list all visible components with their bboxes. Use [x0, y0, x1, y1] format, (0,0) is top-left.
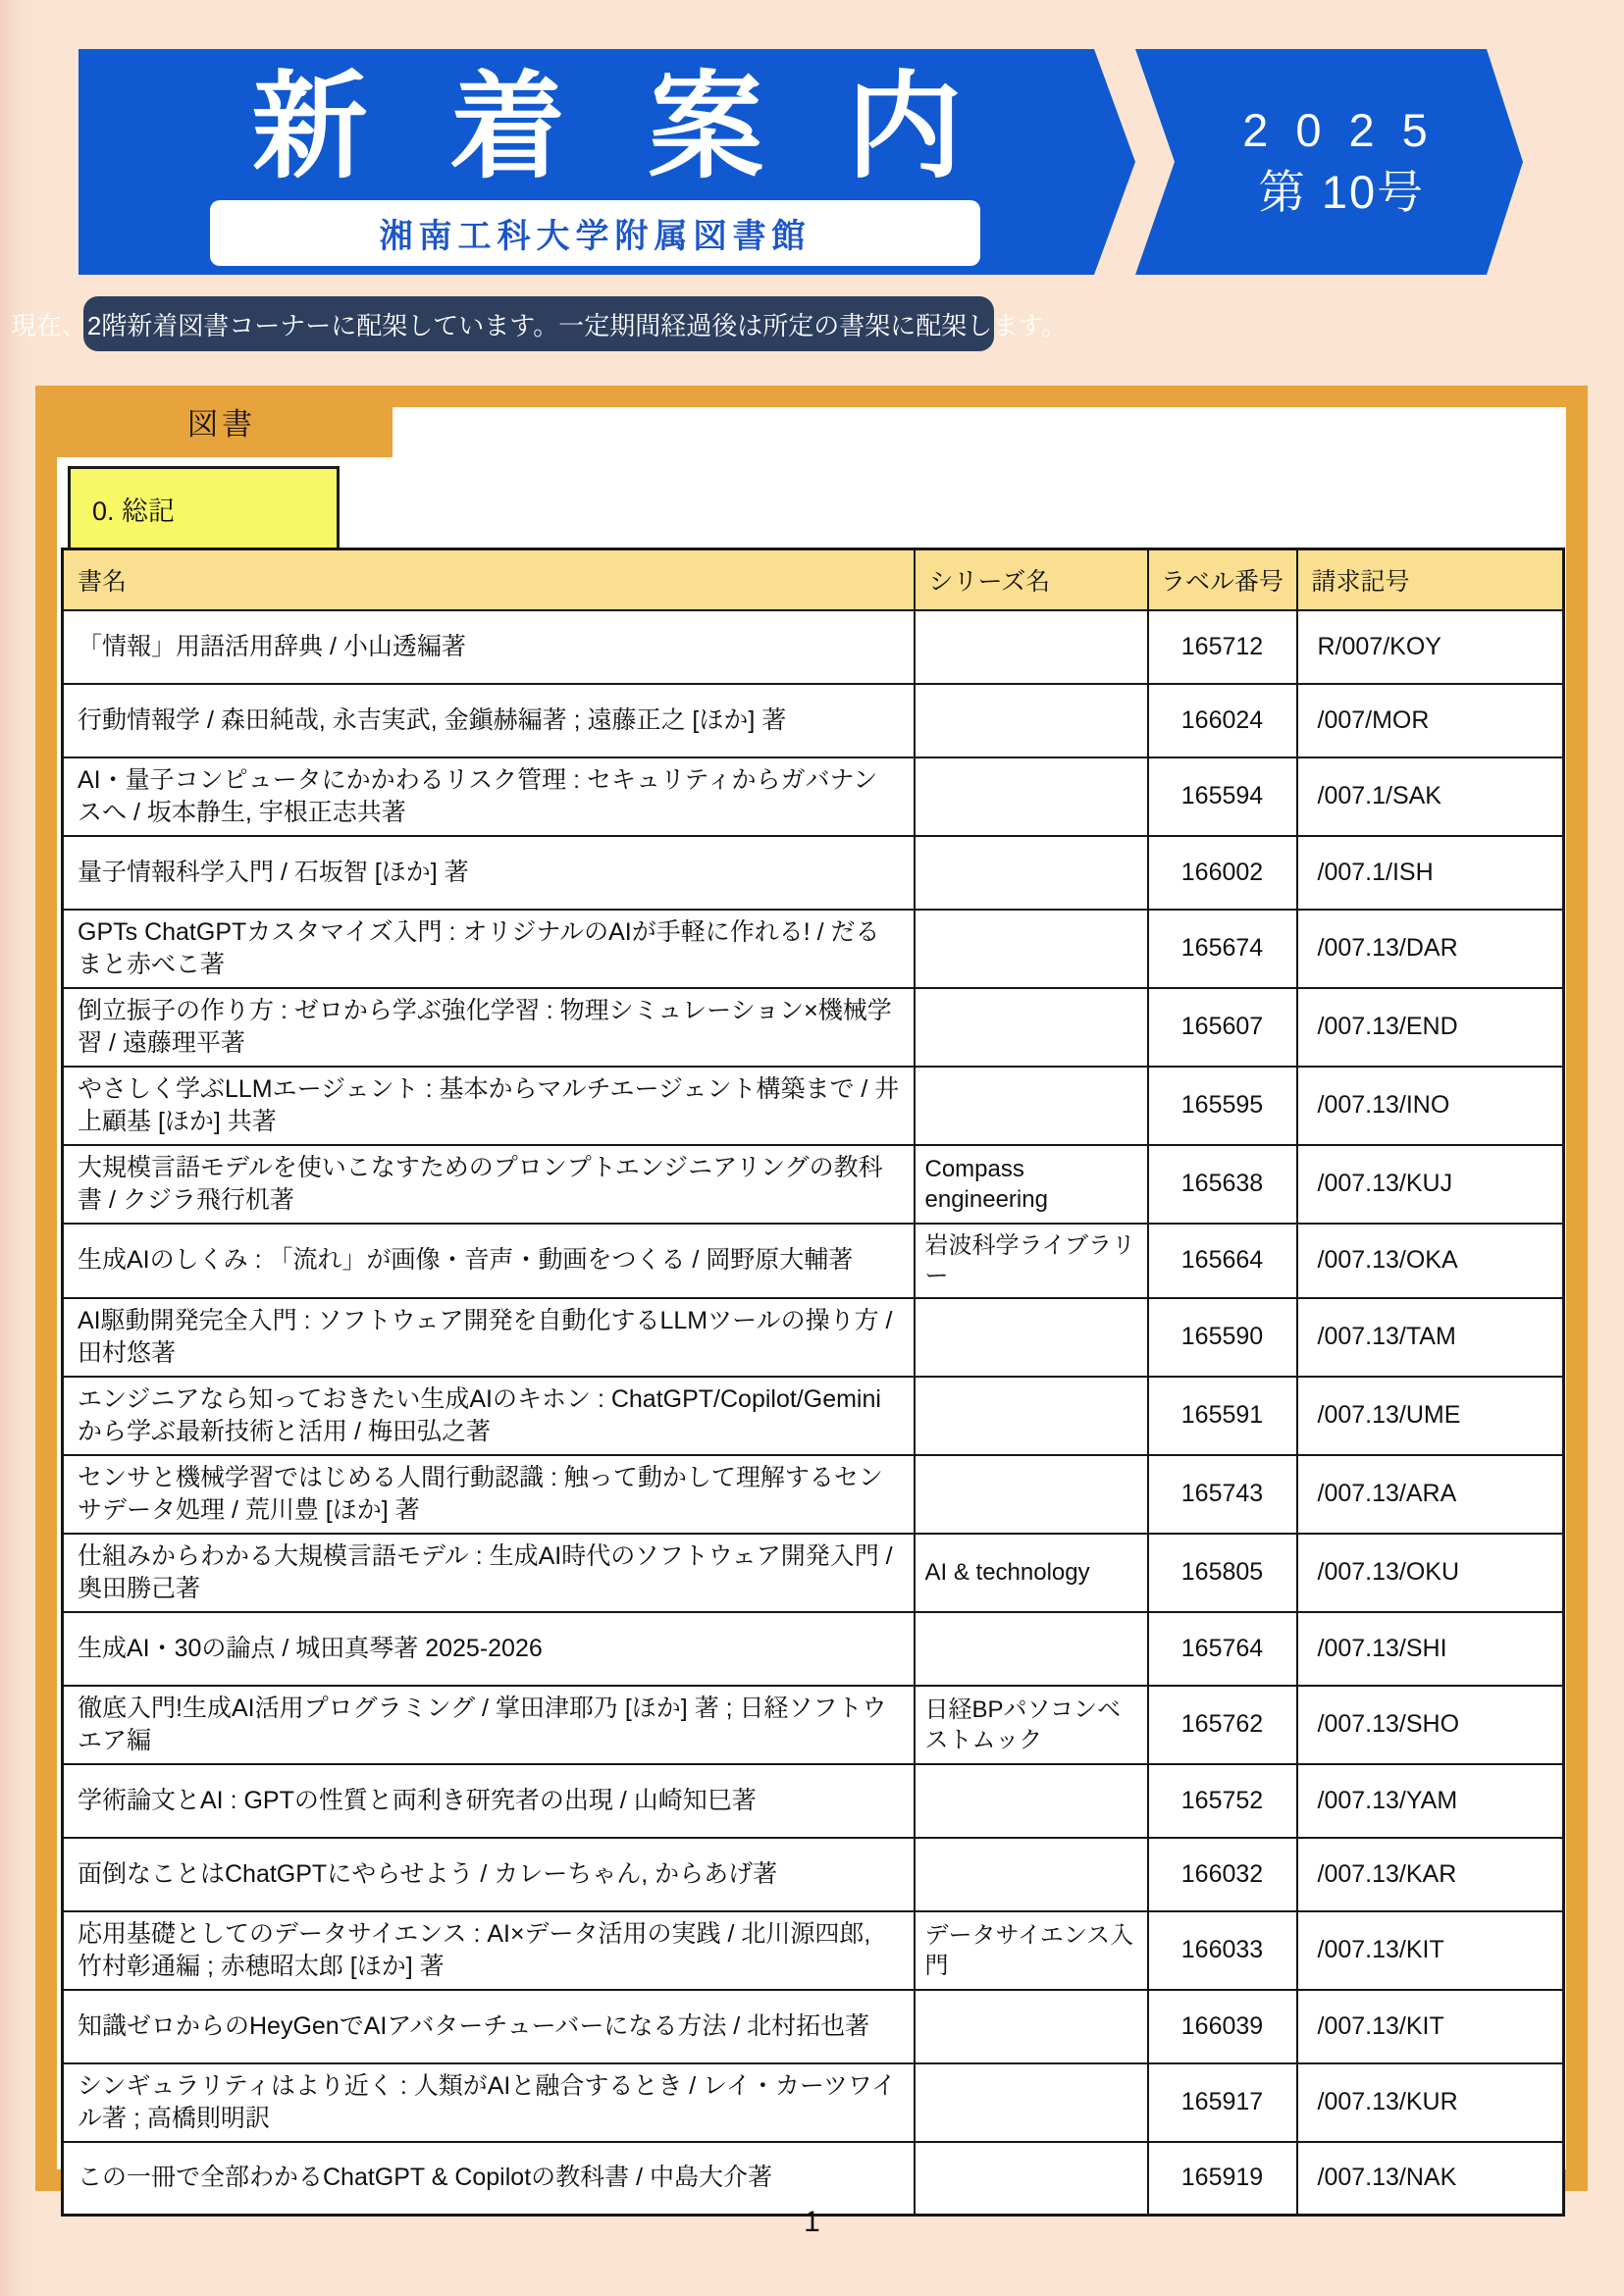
- book-title-cell: 生成AIのしくみ : 「流れ」が画像・音声・動画をつくる / 岡野原大輔著: [63, 1224, 915, 1298]
- label-number-cell: 165674: [1148, 910, 1297, 988]
- call-number-cell: /007.13/SHO: [1297, 1686, 1564, 1764]
- book-title-cell: 徹底入門!生成AI活用プログラミング / 掌田津耶乃 [ほか] 著 ; 日経ソフ…: [63, 1686, 915, 1764]
- book-title-cell: この一冊で全部わかるChatGPT & Copilotの教科書 / 中島大介著: [63, 2142, 915, 2216]
- label-number-cell: 165664: [1148, 1224, 1297, 1298]
- table-row: AI・量子コンピュータにかかわるリスク管理 : セキュリティからガバナンスへ /…: [63, 757, 1564, 836]
- notice-bar: 現在、2階新着図書コーナーに配架しています。一定期間経過後は所定の書架に配架しま…: [83, 296, 994, 351]
- tab-books: 図書: [35, 386, 393, 457]
- series-name-cell: [915, 988, 1148, 1067]
- label-number-cell: 165764: [1148, 1612, 1297, 1686]
- call-number-cell: /007.13/INO: [1297, 1067, 1564, 1145]
- table-row: 行動情報学 / 森田純哉, 永吉実武, 金鎭赫編著 ; 遠藤正之 [ほか] 著1…: [63, 684, 1564, 757]
- issue-year: 2025: [1229, 104, 1455, 157]
- call-number-cell: /007.13/END: [1297, 988, 1564, 1067]
- series-name-cell: [915, 2063, 1148, 2142]
- column-header-title: 書名: [63, 549, 915, 610]
- book-title-cell: 生成AI・30の論点 / 城田真琴著 2025-2026: [63, 1612, 915, 1686]
- book-title-cell: 「情報」用語活用辞典 / 小山透編著: [63, 610, 915, 684]
- series-name-cell: データサイエンス入門: [915, 1911, 1148, 1990]
- table-row: やさしく学ぶLLMエージェント : 基本からマルチエージェント構築まで / 井上…: [63, 1067, 1564, 1145]
- page-number: 1: [0, 2206, 1624, 2239]
- series-name-cell: [915, 757, 1148, 836]
- series-name-cell: [915, 1838, 1148, 1911]
- column-header-label: ラベル番号: [1148, 549, 1297, 610]
- call-number-cell: /007.13/KUR: [1297, 2063, 1564, 2142]
- series-name-cell: [915, 1067, 1148, 1145]
- label-number-cell: 165917: [1148, 2063, 1297, 2142]
- label-number-cell: 165607: [1148, 988, 1297, 1067]
- call-number-cell: /007.13/UME: [1297, 1377, 1564, 1455]
- series-name-cell: [915, 1298, 1148, 1377]
- book-title-cell: GPTs ChatGPTカスタマイズ入門 : オリジナルのAIが手軽に作れる! …: [63, 910, 915, 988]
- table-row: 面倒なことはChatGPTにやらせよう / カレーちゃん, からあげ著16603…: [63, 1838, 1564, 1911]
- book-title-cell: 量子情報科学入門 / 石坂智 [ほか] 著: [63, 836, 915, 910]
- series-name-cell: Compass engineering: [915, 1145, 1148, 1224]
- call-number-cell: R/007/KOY: [1297, 610, 1564, 684]
- label-number-cell: 166039: [1148, 1990, 1297, 2063]
- label-number-cell: 165762: [1148, 1686, 1297, 1764]
- table-row: 量子情報科学入門 / 石坂智 [ほか] 著166002/007.1/ISH: [63, 836, 1564, 910]
- book-title-cell: やさしく学ぶLLMエージェント : 基本からマルチエージェント構築まで / 井上…: [63, 1067, 915, 1145]
- table-header-row: 書名 シリーズ名 ラベル番号 請求記号: [63, 549, 1564, 610]
- series-name-cell: [915, 1764, 1148, 1838]
- series-name-cell: [915, 1455, 1148, 1534]
- column-header-series: シリーズ名: [915, 549, 1148, 610]
- call-number-cell: /007.13/KIT: [1297, 1911, 1564, 1990]
- series-name-cell: AI & technology: [915, 1534, 1148, 1612]
- table-row: エンジニアなら知っておきたい生成AIのキホン : ChatGPT/Copilot…: [63, 1377, 1564, 1455]
- series-name-cell: [915, 836, 1148, 910]
- book-title-cell: 行動情報学 / 森田純哉, 永吉実武, 金鎭赫編著 ; 遠藤正之 [ほか] 著: [63, 684, 915, 757]
- label-number-cell: 165590: [1148, 1298, 1297, 1377]
- label-number-cell: 165752: [1148, 1764, 1297, 1838]
- call-number-cell: /007/MOR: [1297, 684, 1564, 757]
- table-row: AI駆動開発完全入門 : ソフトウェア開発を自動化するLLMツールの操り方 / …: [63, 1298, 1564, 1377]
- book-title-cell: シンギュラリティはより近く : 人類がAIと融合するとき / レイ・カーツワイル…: [63, 2063, 915, 2142]
- book-title-cell: 応用基礎としてのデータサイエンス : AI×データ活用の実践 / 北川源四郎, …: [63, 1911, 915, 1990]
- table-row: 倒立振子の作り方 : ゼロから学ぶ強化学習 : 物理シミュレーション×機械学習 …: [63, 988, 1564, 1067]
- category-box: 0. 総記: [68, 466, 340, 548]
- series-name-cell: 日経BPパソコンベストムック: [915, 1686, 1148, 1764]
- label-number-cell: 166002: [1148, 836, 1297, 910]
- call-number-cell: /007.13/YAM: [1297, 1764, 1564, 1838]
- call-number-cell: /007.13/KIT: [1297, 1990, 1564, 2063]
- call-number-cell: /007.13/NAK: [1297, 2142, 1564, 2216]
- book-title-cell: 知識ゼロからのHeyGenでAIアバターチューバーになる方法 / 北村拓也著: [63, 1990, 915, 2063]
- table-row: 応用基礎としてのデータサイエンス : AI×データ活用の実践 / 北川源四郎, …: [63, 1911, 1564, 1990]
- page-title: 新着案内: [169, 55, 1044, 200]
- label-number-cell: 165591: [1148, 1377, 1297, 1455]
- library-name-box: 湘南工科大学附属図書館: [210, 200, 980, 266]
- column-header-call: 請求記号: [1297, 549, 1564, 610]
- series-name-cell: [915, 2142, 1148, 2216]
- call-number-cell: /007.13/OKA: [1297, 1224, 1564, 1298]
- table-row: シンギュラリティはより近く : 人類がAIと融合するとき / レイ・カーツワイル…: [63, 2063, 1564, 2142]
- table-row: 生成AIのしくみ : 「流れ」が画像・音声・動画をつくる / 岡野原大輔著岩波科…: [63, 1224, 1564, 1298]
- label-number-cell: 166024: [1148, 684, 1297, 757]
- header-banner: 新着案内 湘南工科大学附属図書館: [79, 49, 1135, 275]
- label-number-cell: 165712: [1148, 610, 1297, 684]
- call-number-cell: /007.13/DAR: [1297, 910, 1564, 988]
- table-row: 仕組みからわかる大規模言語モデル : 生成AI時代のソフトウェア開発入門 / 奥…: [63, 1534, 1564, 1612]
- book-title-cell: 倒立振子の作り方 : ゼロから学ぶ強化学習 : 物理シミュレーション×機械学習 …: [63, 988, 915, 1067]
- library-name: 湘南工科大学附属図書館: [380, 209, 812, 257]
- call-number-cell: /007.1/ISH: [1297, 836, 1564, 910]
- call-number-cell: /007.13/TAM: [1297, 1298, 1564, 1377]
- call-number-cell: /007.1/SAK: [1297, 757, 1564, 836]
- call-number-cell: /007.13/OKU: [1297, 1534, 1564, 1612]
- table-row: 知識ゼロからのHeyGenでAIアバターチューバーになる方法 / 北村拓也著16…: [63, 1990, 1564, 2063]
- notice-text: 現在、2階新着図書コーナーに配架しています。一定期間経過後は所定の書架に配架しま…: [11, 306, 1067, 342]
- series-name-cell: [915, 1990, 1148, 2063]
- series-name-cell: [915, 910, 1148, 988]
- label-number-cell: 165743: [1148, 1455, 1297, 1534]
- bulletin-page: 新着案内 湘南工科大学附属図書館 2025 第 10号 現在、2階新着図書コーナ…: [0, 0, 1624, 2296]
- book-title-cell: センサと機械学習ではじめる人間行動認識 : 触って動かして理解するセンサデータ処…: [63, 1455, 915, 1534]
- series-name-cell: [915, 610, 1148, 684]
- book-title-cell: AI・量子コンピュータにかかわるリスク管理 : セキュリティからガバナンスへ /…: [63, 757, 915, 836]
- book-title-cell: AI駆動開発完全入門 : ソフトウェア開発を自動化するLLMツールの操り方 / …: [63, 1298, 915, 1377]
- series-name-cell: 岩波科学ライブラリー: [915, 1224, 1148, 1298]
- table-row: 大規模言語モデルを使いこなすためのプロンプトエンジニアリングの教科書 / クジラ…: [63, 1145, 1564, 1224]
- table-row: 「情報」用語活用辞典 / 小山透編著165712R/007/KOY: [63, 610, 1564, 684]
- label-number-cell: 165805: [1148, 1534, 1297, 1612]
- issue-number: 第 10号: [1259, 165, 1425, 220]
- book-table-body: 「情報」用語活用辞典 / 小山透編著165712R/007/KOY行動情報学 /…: [63, 610, 1564, 2216]
- label-number-cell: 166032: [1148, 1838, 1297, 1911]
- call-number-cell: /007.13/SHI: [1297, 1612, 1564, 1686]
- book-title-cell: 面倒なことはChatGPTにやらせよう / カレーちゃん, からあげ著: [63, 1838, 915, 1911]
- table-row: この一冊で全部わかるChatGPT & Copilotの教科書 / 中島大介著1…: [63, 2142, 1564, 2216]
- call-number-cell: /007.13/KAR: [1297, 1838, 1564, 1911]
- book-title-cell: 大規模言語モデルを使いこなすためのプロンプトエンジニアリングの教科書 / クジラ…: [63, 1145, 915, 1224]
- series-name-cell: [915, 1377, 1148, 1455]
- series-name-cell: [915, 684, 1148, 757]
- table-row: 生成AI・30の論点 / 城田真琴著 2025-2026165764/007.1…: [63, 1612, 1564, 1686]
- book-title-cell: 仕組みからわかる大規模言語モデル : 生成AI時代のソフトウェア開発入門 / 奥…: [63, 1534, 915, 1612]
- book-title-cell: 学術論文とAI : GPTの性質と両利き研究者の出現 / 山崎知巳著: [63, 1764, 915, 1838]
- call-number-cell: /007.13/ARA: [1297, 1455, 1564, 1534]
- label-number-cell: 165595: [1148, 1067, 1297, 1145]
- issue-banner: 2025 第 10号: [1135, 49, 1523, 275]
- table-row: 学術論文とAI : GPTの性質と両利き研究者の出現 / 山崎知巳著165752…: [63, 1764, 1564, 1838]
- tab-books-label: 図書: [172, 399, 256, 444]
- label-number-cell: 165594: [1148, 757, 1297, 836]
- series-name-cell: [915, 1612, 1148, 1686]
- book-table: 書名 シリーズ名 ラベル番号 請求記号 「情報」用語活用辞典 / 小山透編著16…: [61, 548, 1565, 2217]
- label-number-cell: 165638: [1148, 1145, 1297, 1224]
- category-label: 0. 総記: [92, 490, 175, 528]
- book-title-cell: エンジニアなら知っておきたい生成AIのキホン : ChatGPT/Copilot…: [63, 1377, 915, 1455]
- label-number-cell: 165919: [1148, 2142, 1297, 2216]
- call-number-cell: /007.13/KUJ: [1297, 1145, 1564, 1224]
- table-row: 徹底入門!生成AI活用プログラミング / 掌田津耶乃 [ほか] 著 ; 日経ソフ…: [63, 1686, 1564, 1764]
- table-row: センサと機械学習ではじめる人間行動認識 : 触って動かして理解するセンサデータ処…: [63, 1455, 1564, 1534]
- label-number-cell: 166033: [1148, 1911, 1297, 1990]
- table-row: GPTs ChatGPTカスタマイズ入門 : オリジナルのAIが手軽に作れる! …: [63, 910, 1564, 988]
